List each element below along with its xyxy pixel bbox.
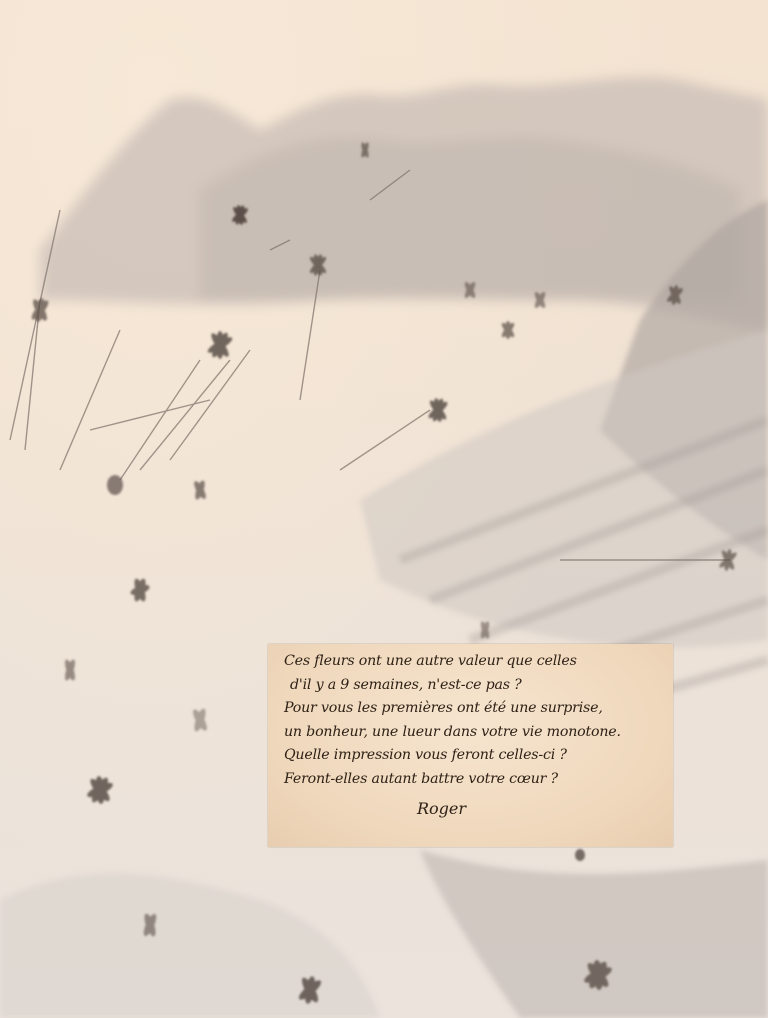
ink-wash-painting [0, 0, 768, 1018]
hillside-slope [0, 200, 768, 1018]
note-line-1: Ces fleurs ont une autre valeur que cell… [284, 650, 659, 674]
note-line-5: Quelle impression vous feront celles-ci … [284, 744, 659, 768]
note-line-4: un bonheur, une lueur dans votre vie mon… [284, 721, 659, 745]
signature: Roger [284, 799, 659, 818]
note-line-3: Pour vous les premières ont été une surp… [284, 697, 659, 721]
note-line-6: Feront-elles autant battre votre cœur ? [284, 768, 659, 792]
handwritten-note-card: Ces fleurs ont une autre valeur que cell… [268, 644, 673, 847]
paper-background [0, 0, 768, 1018]
mountain-ridge [40, 77, 768, 330]
note-line-2: d'il y a 9 semaines, n'est-ce pas ? [284, 674, 659, 698]
